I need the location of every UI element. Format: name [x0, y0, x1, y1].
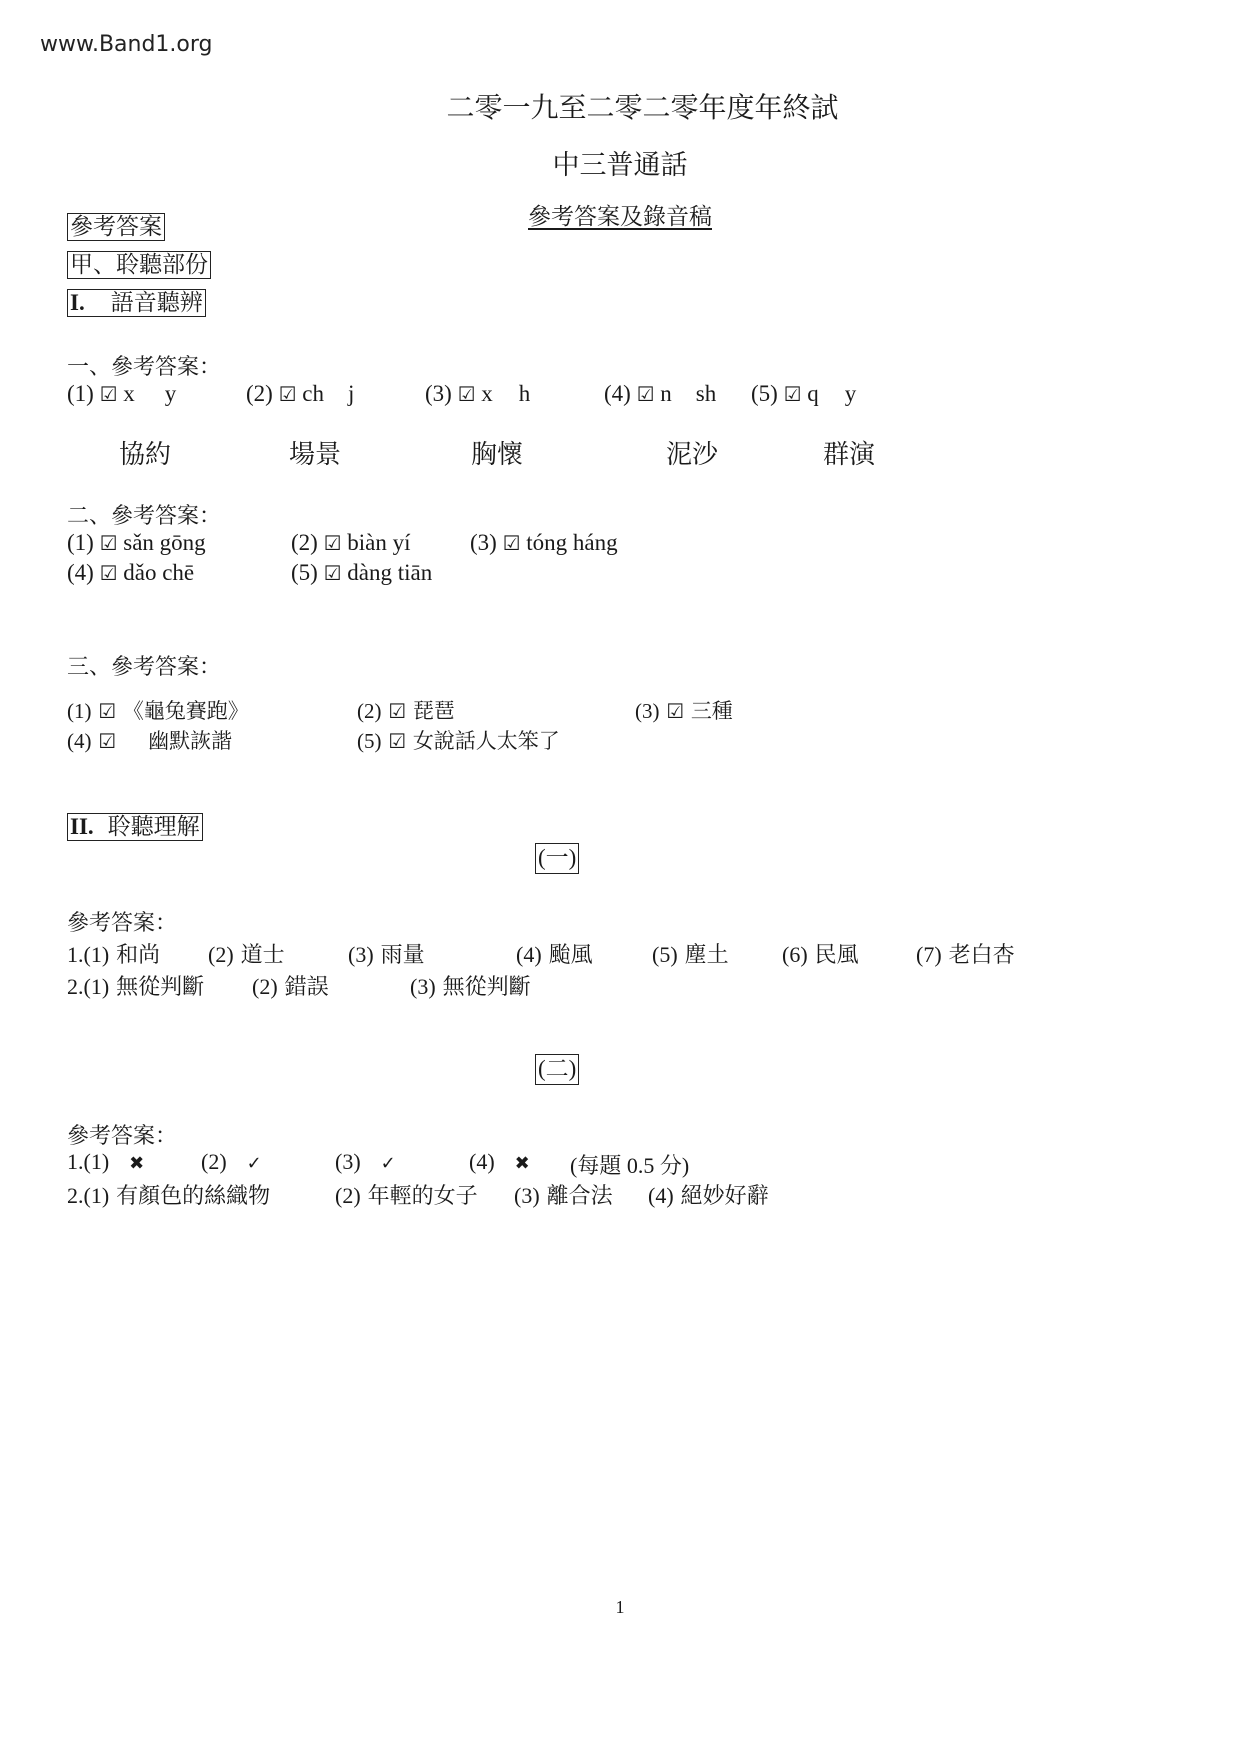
checkbox-checked-icon: ☑: [100, 531, 118, 555]
watermark-url: www.Band1.org: [40, 32, 213, 57]
checkbox-checked-icon: ☑: [279, 382, 297, 406]
q1-answer-1: (1) ☑ xy: [67, 381, 176, 407]
sub2-row-2: 2.(1) 有顏色的絲織物: [67, 1179, 270, 1210]
q3-answer-4: (4) ☑幽默詼諧: [67, 725, 232, 755]
q3-answer-1: (1) ☑ 《龜兔賽跑》: [67, 695, 249, 725]
q3-answer-5: (5) ☑ 女說話人太笨了: [357, 725, 560, 755]
sub2-row-1: 1.(1)✖: [67, 1149, 144, 1175]
subsection-1-label: (一): [535, 843, 579, 874]
q1-heading: 一、參考答案：: [67, 350, 221, 381]
checkbox-checked-icon: ☑: [388, 729, 406, 753]
subsection-2-label: (二): [535, 1054, 579, 1085]
q1-word-1: 協約: [119, 434, 171, 471]
q1-answer-5: (5) ☑ qy: [751, 381, 856, 407]
sub1-row1-item-2: (2) 道士: [208, 938, 285, 969]
q1-word-3: 胸懷: [471, 434, 523, 471]
sub2-heading: 參考答案：: [67, 1119, 177, 1150]
sub1-row1-item-3: (3) 雨量: [348, 938, 425, 969]
checkbox-checked-icon: ☑: [458, 382, 476, 406]
q1-answer-4: (4) ☑ nsh: [604, 381, 716, 407]
checkbox-checked-icon: ☑: [100, 382, 118, 406]
q1-answer-3: (3) ☑ xh: [425, 381, 530, 407]
q2-answer-2: (2) ☑ biàn yí: [291, 530, 411, 556]
checkbox-checked-icon: ☑: [503, 531, 521, 555]
sub2-row2-item-4: (4) 絕妙好辭: [648, 1179, 769, 1210]
section-2-number: II.: [70, 814, 94, 839]
subject-title: 中三普通話: [0, 143, 1240, 182]
check-mark-icon: ✓: [381, 1153, 396, 1174]
document-title: 參考答案及錄音稿: [0, 198, 1240, 231]
section-2-title: 聆聽理解: [108, 814, 200, 840]
sub1-row1-item-4: (4) 颱風: [516, 938, 593, 969]
exam-title: 二零一九至二零二零年度年終試: [0, 86, 1240, 126]
section-1-heading: I.語音聽辨: [67, 289, 206, 317]
sub2-row1-item-2: (2)✓: [201, 1149, 262, 1175]
sub2-row1-item-3: (3)✓: [335, 1149, 396, 1175]
q1-word-2: 場景: [289, 434, 341, 471]
sub2-row2-item-3: (3) 離合法: [514, 1179, 613, 1210]
score-note: (每題 0.5 分): [570, 1149, 689, 1180]
q2-answer-3: (3) ☑ tóng háng: [470, 530, 618, 556]
check-mark-icon: ✓: [247, 1153, 262, 1174]
checkbox-checked-icon: ☑: [666, 699, 684, 723]
section-1-title: 語音聽辨: [111, 290, 203, 316]
answers-box-heading: 參考答案: [67, 213, 165, 241]
sub1-heading: 參考答案：: [67, 906, 177, 937]
checkbox-checked-icon: ☑: [784, 382, 802, 406]
checkbox-checked-icon: ☑: [388, 699, 406, 723]
checkbox-checked-icon: ☑: [100, 561, 118, 585]
sub1-row2-item-3: (3) 無從判斷: [410, 970, 531, 1001]
cross-mark-icon: ✖: [129, 1153, 144, 1174]
sub1-row1-item-7: (7) 老白杏: [916, 938, 1015, 969]
q2-answer-5: (5) ☑ dàng tiān: [291, 560, 432, 586]
q3-answer-3: (3) ☑ 三種: [635, 695, 733, 725]
q2-answer-1: (1) ☑ sǎn gōng: [67, 530, 206, 556]
q1-answer-2: (2) ☑ chj: [246, 381, 354, 407]
q3-heading: 三、參考答案：: [67, 650, 221, 681]
q1-word-4: 泥沙: [666, 434, 718, 471]
page-number: 1: [0, 1597, 1240, 1618]
sub1-row-1: 1.(1) 和尚: [67, 938, 160, 969]
sub2-row1-item-4: (4)✖: [469, 1149, 530, 1175]
sub2-row2-item-2: (2) 年輕的女子: [335, 1179, 478, 1210]
q1-word-5: 群演: [823, 434, 875, 471]
checkbox-checked-icon: ☑: [324, 531, 342, 555]
sub1-row1-item-5: (5) 塵土: [652, 938, 729, 969]
sub1-row2-item-2: (2) 錯誤: [252, 970, 329, 1001]
sub1-row1-item-6: (6) 民風: [782, 938, 859, 969]
cross-mark-icon: ✖: [515, 1153, 530, 1174]
section-1-number: I.: [70, 290, 85, 315]
q3-answer-2: (2) ☑ 琵琶: [357, 695, 455, 725]
checkbox-checked-icon: ☑: [98, 699, 116, 723]
checkbox-checked-icon: ☑: [324, 561, 342, 585]
checkbox-checked-icon: ☑: [98, 729, 116, 753]
sub1-row-2: 2.(1) 無從判斷: [67, 970, 204, 1001]
q2-answer-4: (4) ☑ dǎo chē: [67, 560, 194, 586]
section-2-heading: II.聆聽理解: [67, 813, 203, 841]
q2-heading: 二、參考答案：: [67, 499, 221, 530]
checkbox-checked-icon: ☑: [637, 382, 655, 406]
part-a-heading: 甲、聆聽部份: [67, 251, 211, 279]
